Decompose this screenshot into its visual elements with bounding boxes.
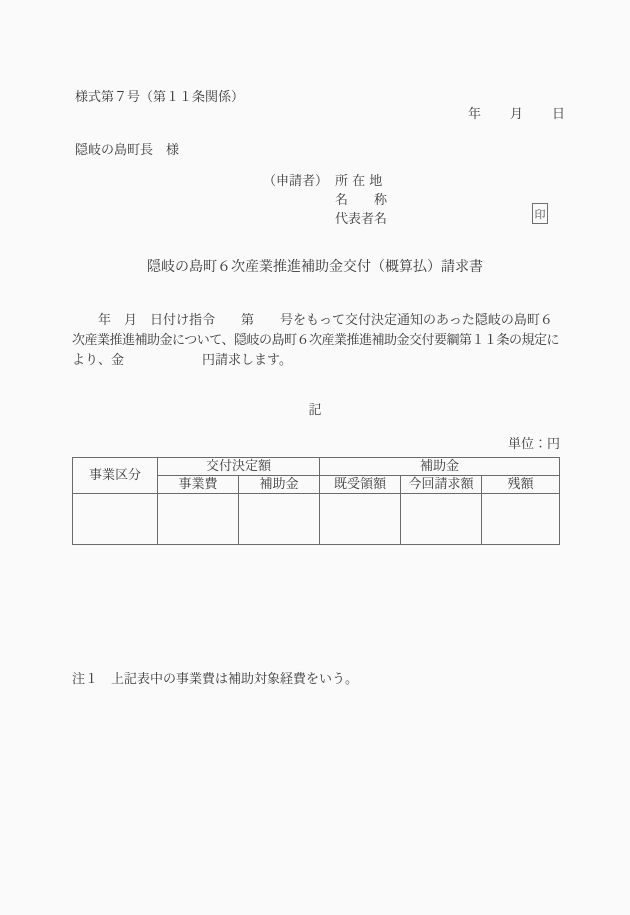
- cell-remaining: [482, 494, 560, 545]
- seal-box: 印: [532, 203, 548, 224]
- applicant-name-row: 名 称: [263, 191, 387, 210]
- body-line-2: 次産業推進補助金について、隠岐の島町６次産業推進補助金交付要綱第１１条の規定に: [72, 331, 564, 351]
- table-header-row-1: 事業区分 交付決定額 補助金: [73, 458, 560, 476]
- cell-received-amount: [320, 494, 401, 545]
- cell-current-request: [401, 494, 482, 545]
- applicant-address-row: （申請者） 所 在 地: [263, 172, 387, 191]
- header-remaining: 残額: [482, 476, 560, 494]
- header-received-amount: 既受領額: [320, 476, 401, 494]
- date-line: 年 月 日: [468, 103, 566, 122]
- body-paragraph: 年 月 日付け指令 第 号をもって交付決定通知のあった隠岐の島町６ 次産業推進補…: [72, 311, 564, 371]
- unit-label: 単位：円: [508, 433, 560, 452]
- document-title: 隠岐の島町６次産業推進補助金交付（概算払）請求書: [0, 256, 630, 276]
- applicant-name-label: 名 称: [335, 191, 387, 210]
- footnote: 注１ 上記表中の事業費は補助対象経費をいう。: [72, 668, 358, 687]
- header-subsidy-amount: 補助金: [239, 476, 320, 494]
- header-current-request: 今回請求額: [401, 476, 482, 494]
- cell-project-cost: [158, 494, 239, 545]
- table-row: [73, 494, 560, 545]
- header-grant-decision: 交付決定額: [158, 458, 320, 476]
- seal-character: 印: [535, 206, 546, 222]
- applicant-representative-row: 代表者名: [263, 210, 387, 229]
- header-subsidy: 補助金: [320, 458, 560, 476]
- applicant-prefix: （申請者）: [263, 172, 335, 191]
- body-line-3: より、金 円請求します。: [72, 351, 564, 371]
- cell-subsidy-amount: [239, 494, 320, 545]
- applicant-block: （申請者） 所 在 地 名 称 代表者名: [263, 172, 387, 229]
- form-number: 様式第７号（第１１条関係）: [75, 86, 244, 105]
- header-project-cost: 事業費: [158, 476, 239, 494]
- request-amount-table: 事業区分 交付決定額 補助金 事業費 補助金 既受領額 今回請求額 残額: [72, 457, 560, 545]
- applicant-address-label: 所 在 地: [335, 172, 382, 191]
- applicant-representative-label: 代表者名: [335, 210, 387, 229]
- header-business-category: 事業区分: [73, 458, 158, 494]
- cell-business-category: [73, 494, 158, 545]
- addressee: 隠岐の島町長 様: [75, 139, 179, 158]
- record-mark: 記: [0, 399, 630, 418]
- body-line-1: 年 月 日付け指令 第 号をもって交付決定通知のあった隠岐の島町６: [72, 311, 564, 331]
- document-page: 様式第７号（第１１条関係） 年 月 日 隠岐の島町長 様 （申請者） 所 在 地…: [0, 0, 630, 915]
